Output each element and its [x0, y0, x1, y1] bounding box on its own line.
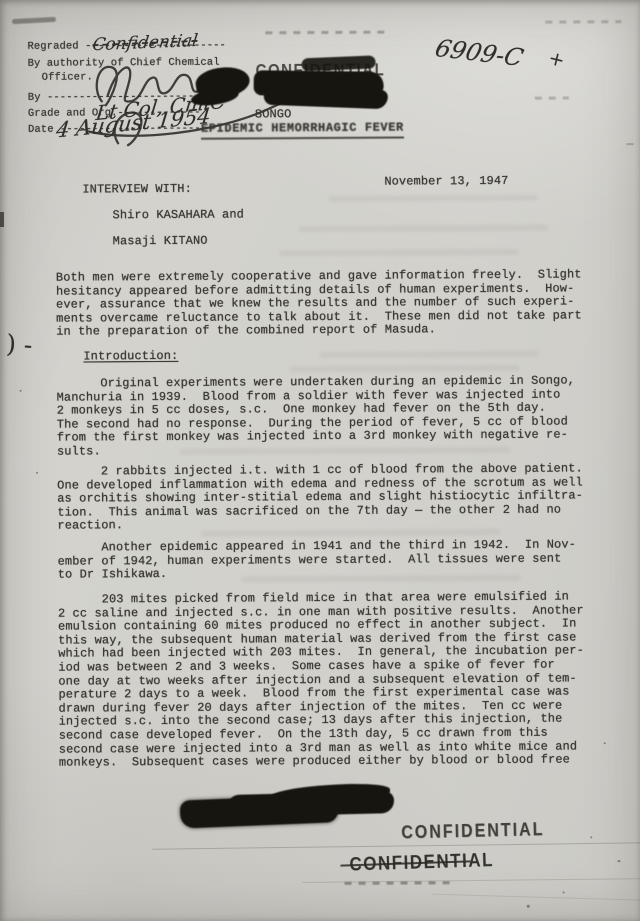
bleedthrough-mark — [279, 249, 519, 256]
plus-mark: + — [546, 47, 567, 72]
doc-date: November 13, 1947 — [384, 175, 508, 189]
paper-speck — [617, 860, 620, 862]
paper-speck — [563, 892, 565, 894]
faint-stamp-residue — [265, 31, 387, 35]
margin-paren-mark: ) - — [5, 329, 33, 360]
faint-stamp-residue — [535, 96, 569, 99]
subject-stamp: EPIDEMIC HEMORRHAGIC FEVER — [201, 121, 404, 139]
bleedthrough-mark — [319, 351, 539, 358]
bleedthrough-mark — [200, 529, 500, 537]
crease-line — [433, 894, 640, 901]
paper-speck — [604, 742, 606, 744]
paper-speck — [590, 836, 592, 838]
interview-heading: INTERVIEW WITH: — [82, 183, 192, 197]
paragraph-2: Original experiments were undertaken dur… — [56, 374, 596, 459]
interviewee-2: Masaji KITANO — [113, 235, 208, 249]
bleedthrough-mark — [299, 225, 549, 233]
interviewee-1: Shiro KASAHARA and — [112, 208, 244, 222]
paragraph-3: 2 rabbits injected i.t. with 1 cc of blo… — [57, 462, 597, 533]
crease-line — [303, 878, 640, 883]
paper-speck — [626, 143, 634, 145]
intro-heading: Introduction: — [83, 350, 178, 364]
bleedthrough-mark — [328, 195, 538, 202]
bleedthrough-mark — [289, 365, 519, 372]
paper-speck — [20, 390, 22, 392]
crease-line — [152, 842, 640, 849]
paper-speck — [527, 905, 530, 908]
paragraph-5: 203 mites picked from field mice in that… — [58, 590, 599, 770]
doc-number: 6909-C — [432, 34, 526, 71]
bleedthrough-mark — [241, 575, 521, 583]
subject-songo: SONGO — [255, 108, 292, 122]
faint-stamp-residue — [545, 20, 621, 23]
scanned-document-page: Regraded ---------------------- By autho… — [0, 0, 640, 921]
paper-speck — [36, 472, 38, 474]
paragraph-1: Both men were extremely cooperative and … — [56, 268, 596, 339]
confidential-stamp-1: CONFIDENTIAL — [401, 820, 545, 844]
